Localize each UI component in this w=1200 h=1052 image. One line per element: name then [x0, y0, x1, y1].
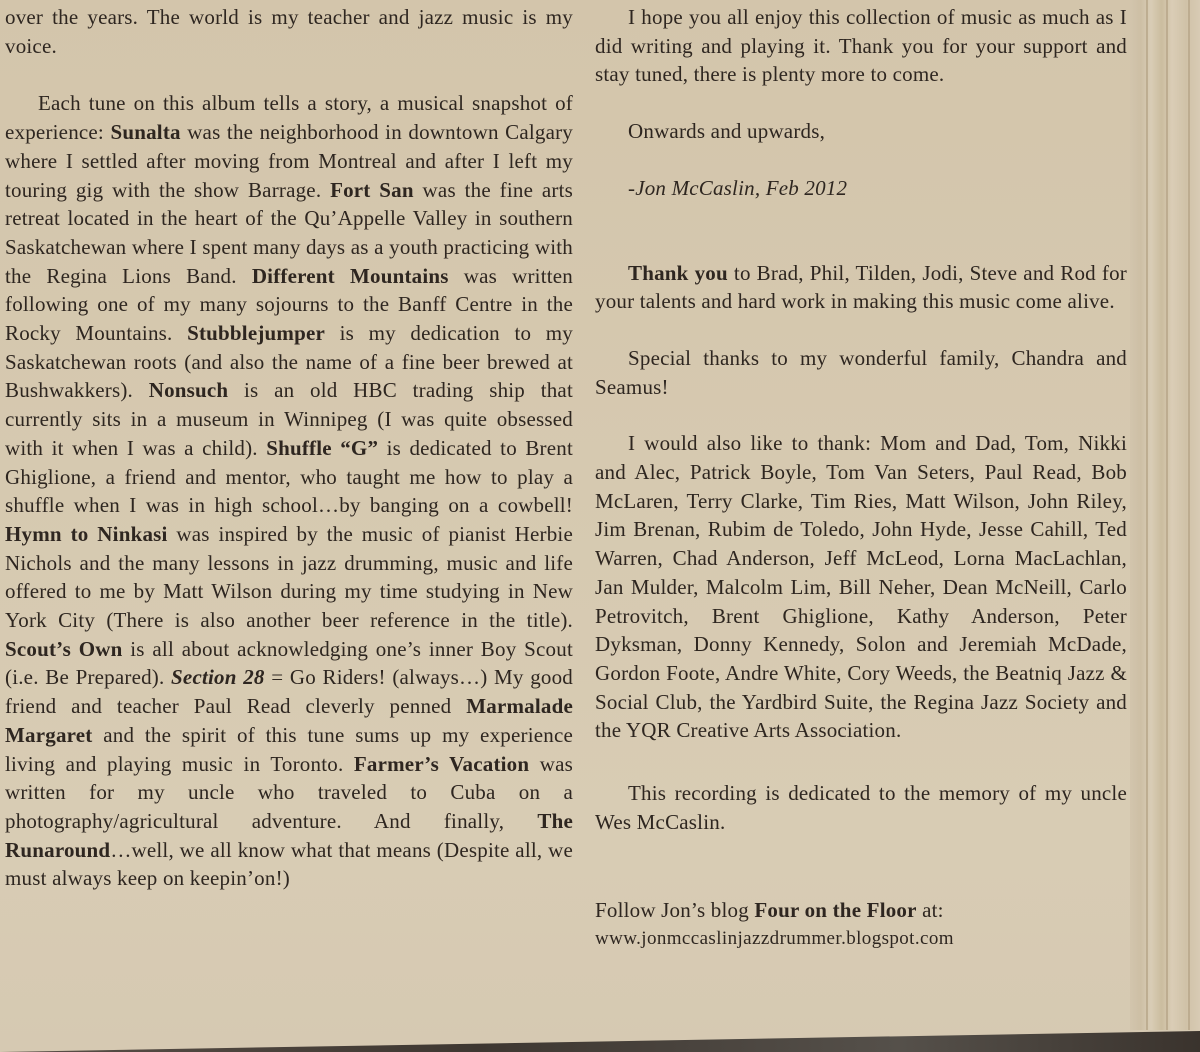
band-thanks-paragraph: Thank you to Brad, Phil, Tilden, Jodi, S… — [595, 259, 1127, 316]
blog-name: Four on the Floor — [754, 898, 916, 922]
booklet-spine-fold — [1130, 0, 1200, 1030]
table-surface — [0, 1022, 1200, 1052]
valediction: Onwards and upwards, — [595, 117, 1127, 146]
fold-crease — [1146, 0, 1148, 1030]
tune-title-fort-san: Fort San — [330, 178, 414, 202]
dedication-paragraph: This recording is dedicated to the memor… — [595, 779, 1127, 836]
text: Follow Jon’s blog — [595, 898, 754, 922]
tune-title-sunalta: Sunalta — [110, 120, 180, 144]
tune-title-farmers-vacation: Farmer’s Vacation — [354, 752, 529, 776]
family-thanks-paragraph: Special thanks to my wonderful family, C… — [595, 344, 1127, 401]
thank-you-label: Thank you — [628, 261, 728, 285]
tune-title-stubblejumper: Stubblejumper — [187, 321, 325, 345]
blog-line: Follow Jon’s blog Four on the Floor at: — [595, 896, 1127, 925]
acknowledgements-paragraph: I would also like to thank: Mom and Dad,… — [595, 429, 1127, 745]
liner-notes-page: over the years. The world is my teacher … — [0, 0, 1200, 1052]
text: at: — [917, 898, 944, 922]
tune-title-different-mountains: Different Mountains — [252, 264, 449, 288]
blog-url[interactable]: www.jonmccaslinjazzdrummer.blogspot.com — [595, 925, 1127, 954]
tune-title-scouts-own: Scout’s Own — [5, 637, 123, 661]
fold-crease — [1166, 0, 1168, 1030]
left-column: over the years. The world is my teacher … — [5, 0, 573, 893]
tune-title-nonsuch: Nonsuch — [149, 378, 229, 402]
tune-descriptions-paragraph: Each tune on this album tells a story, a… — [5, 89, 573, 893]
tune-title-shuffle-g: Shuffle “G” — [266, 436, 378, 460]
tune-title-hymn-to-ninkasi: Hymn to Ninkasi — [5, 522, 168, 546]
right-column: I hope you all enjoy this collection of … — [595, 0, 1127, 954]
tune-title-section-28: Section 28 — [171, 665, 265, 689]
fold-crease — [1188, 0, 1190, 1030]
closing-paragraph: I hope you all enjoy this collection of … — [595, 3, 1127, 89]
signature: -Jon McCaslin, Feb 2012 — [595, 174, 1127, 203]
paragraph-continued: over the years. The world is my teacher … — [5, 3, 573, 60]
